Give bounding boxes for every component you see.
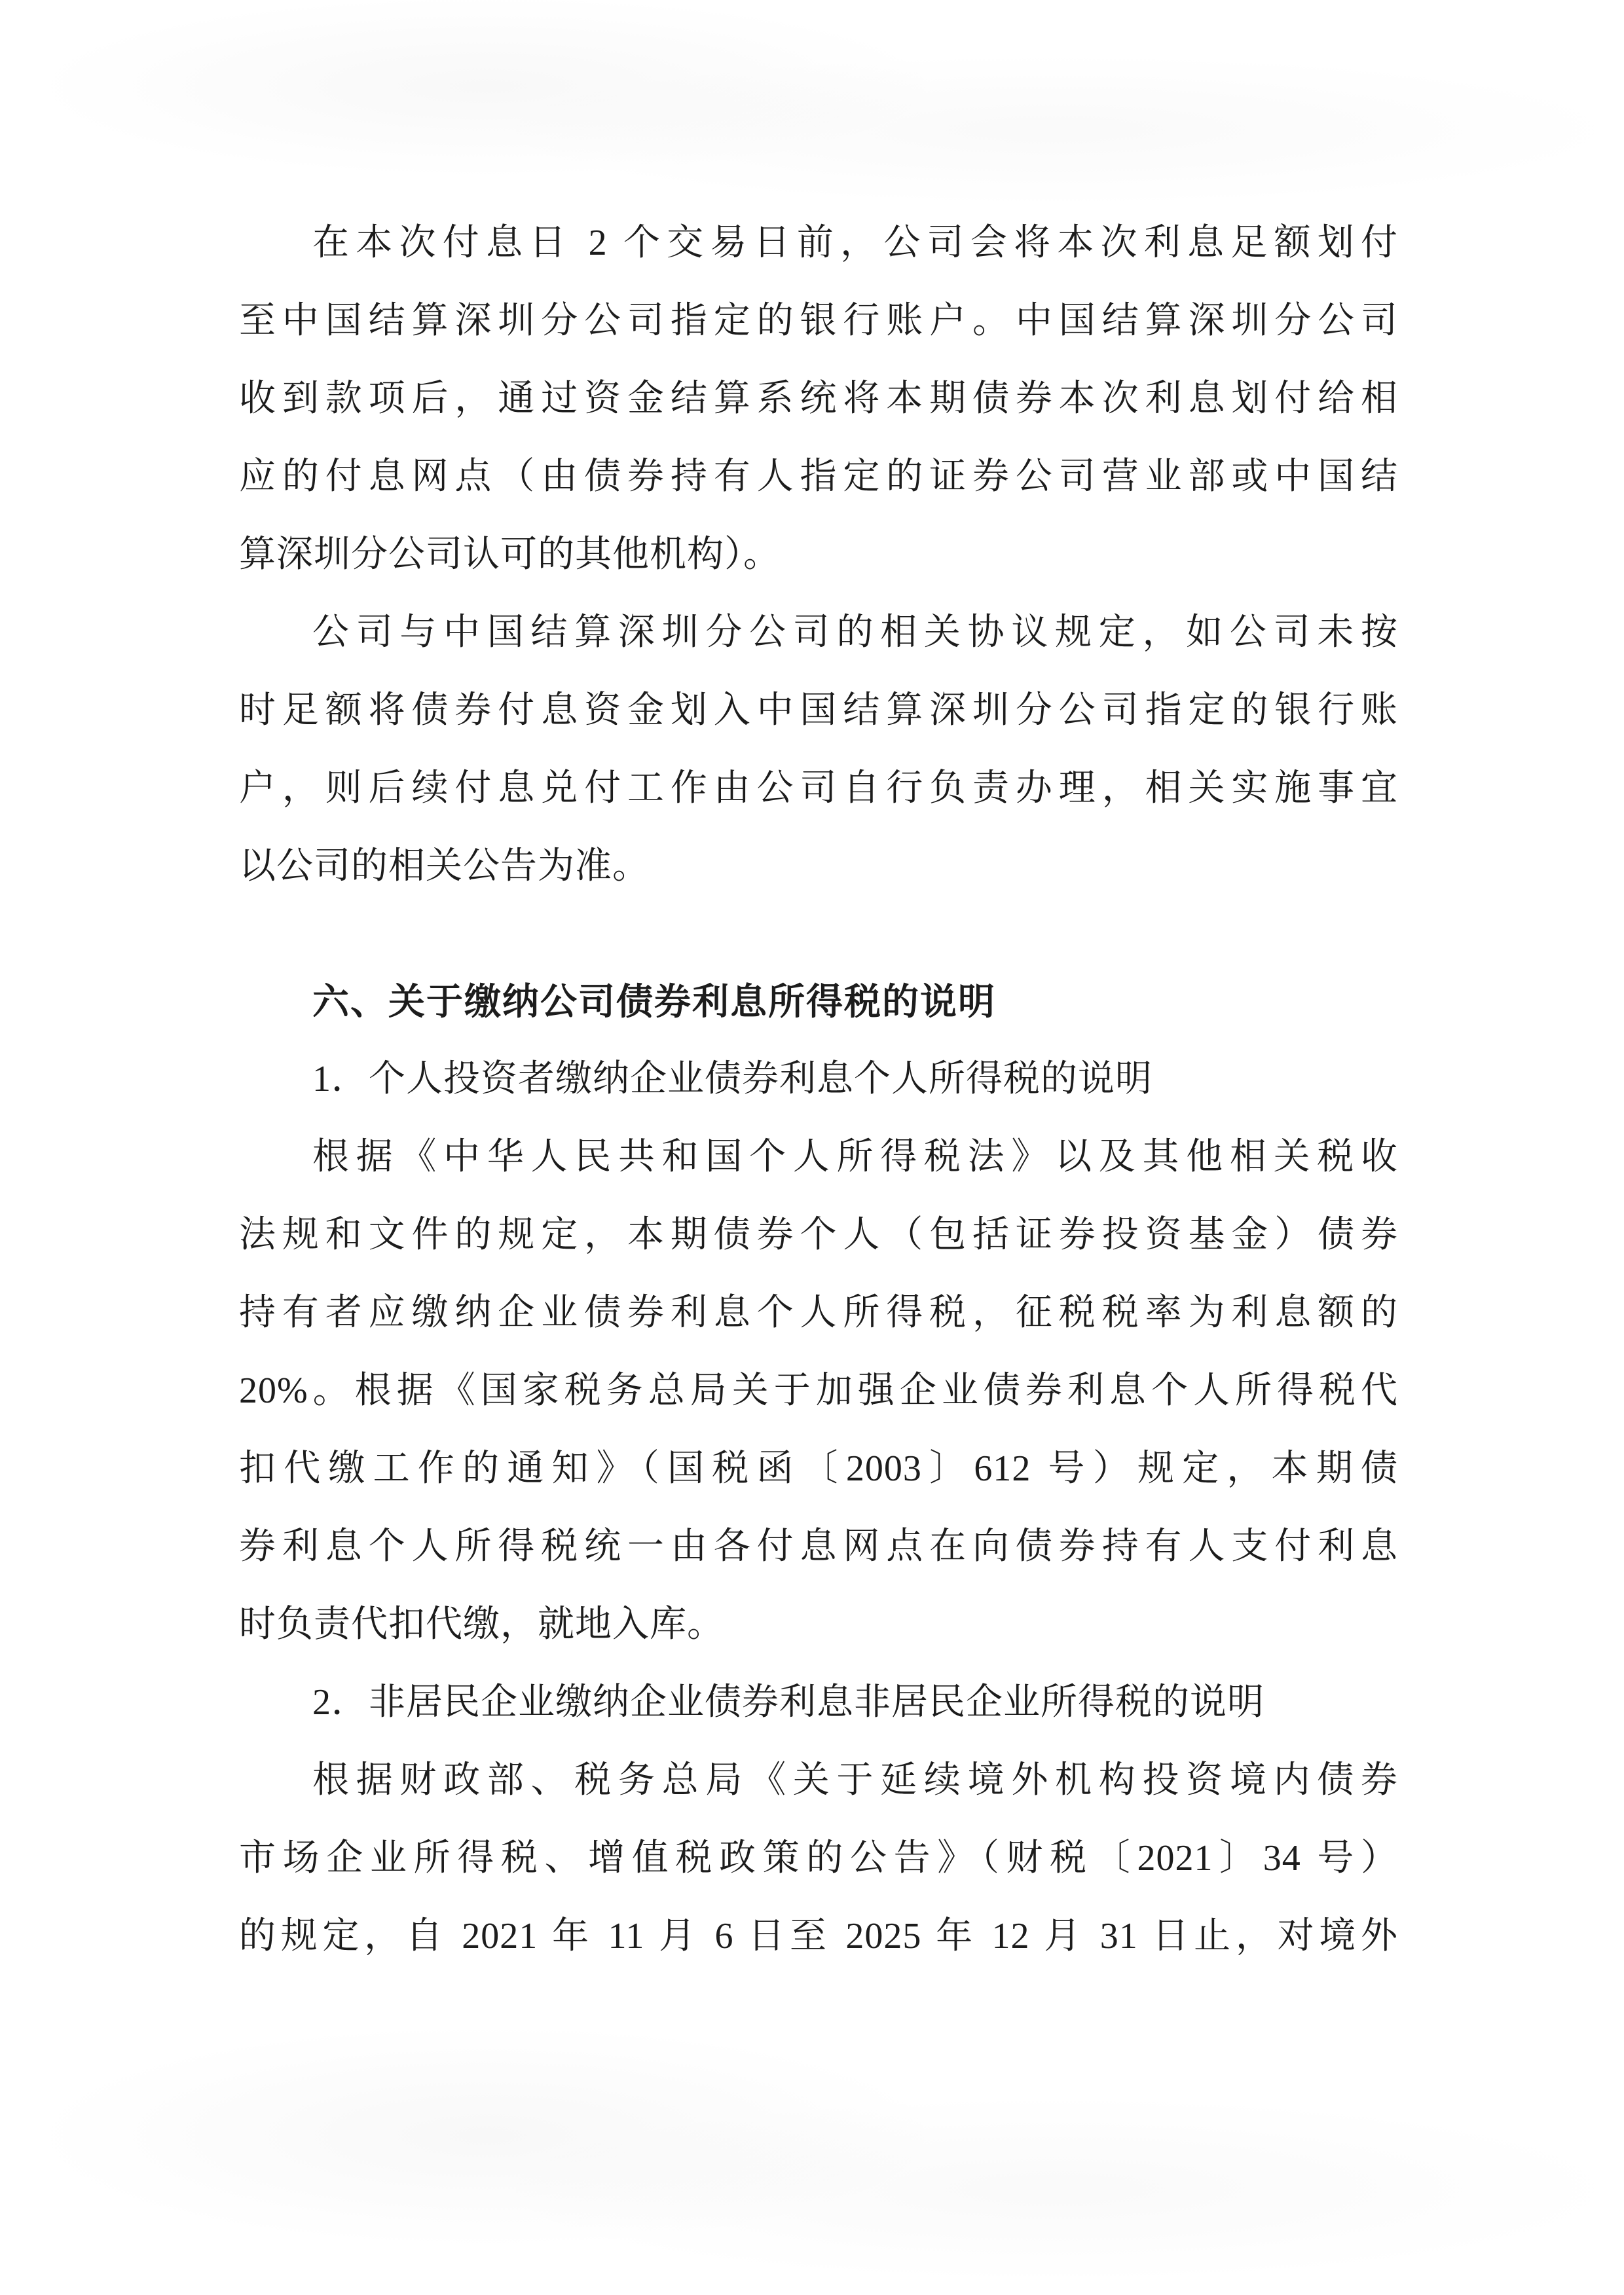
text-line: 市场企业所得税、增值税政策的公告》（财税〔2021〕34 号） <box>239 1820 1398 1898</box>
text-line: 券利息个人所得税统一由各付息网点在向债券持有人支付利息 <box>239 1508 1398 1586</box>
tax-item-2-title: 2．非居民企业缴纳企业债券利息非居民企业所得税的说明 <box>239 1664 1398 1742</box>
text-line: 法规和文件的规定，本期债券个人（包括证券投资基金）债券 <box>239 1196 1398 1274</box>
text-line: 20%。根据《国家税务总局关于加强企业债券利息个人所得税代 <box>239 1352 1398 1430</box>
text-line: 的规定，自 2021 年 11 月 6 日至 2025 年 12 月 31 日止… <box>239 1898 1398 1975</box>
text-line: 时足额将债券付息资金划入中国结算深圳分公司指定的银行账 <box>239 672 1398 750</box>
text-line: 根据《中华人民共和国个人所得税法》以及其他相关税收 <box>239 1118 1398 1196</box>
text-line: 算深圳分公司认可的其他机构）。 <box>239 516 1398 594</box>
text-line: 根据财政部、税务总局《关于延续境外机构投资境内债券 <box>239 1742 1398 1820</box>
text-line: 收到款项后，通过资金结算系统将本期债券本次利息划付给相 <box>239 360 1398 438</box>
document-page: 在本次付息日 2 个交易日前，公司会将本次利息足额划付 至中国结算深圳分公司指定… <box>0 0 1624 2295</box>
scan-bleedthrough-artifact <box>0 2030 1624 2295</box>
document-text-block: 在本次付息日 2 个交易日前，公司会将本次利息足额划付 至中国结算深圳分公司指定… <box>239 204 1398 1975</box>
text-line: 至中国结算深圳分公司指定的银行账户。中国结算深圳分公司 <box>239 282 1398 360</box>
text-line: 以公司的相关公告为准。 <box>239 828 1398 906</box>
text-line: 公司与中国结算深圳分公司的相关协议规定，如公司未按 <box>239 594 1398 672</box>
text-line: 持有者应缴纳企业债券利息个人所得税，征税税率为利息额的 <box>239 1274 1398 1352</box>
text-line: 扣代缴工作的通知》（国税函〔2003〕612 号）规定，本期债 <box>239 1430 1398 1508</box>
text-line: 应的付息网点（由债券持有人指定的证券公司营业部或中国结 <box>239 438 1398 516</box>
section-6-heading: 六、关于缴纳公司债券利息所得税的说明 <box>239 963 1398 1040</box>
text-line: 在本次付息日 2 个交易日前，公司会将本次利息足额划付 <box>239 204 1398 282</box>
tax-item-1-title: 1．个人投资者缴纳企业债券利息个人所得税的说明 <box>239 1040 1398 1118</box>
text-line: 户，则后续付息兑付工作由公司自行负责办理，相关实施事宜 <box>239 750 1398 828</box>
text-line: 时负责代扣代缴，就地入库。 <box>239 1586 1398 1664</box>
scan-bleedthrough-artifact <box>0 0 1624 216</box>
